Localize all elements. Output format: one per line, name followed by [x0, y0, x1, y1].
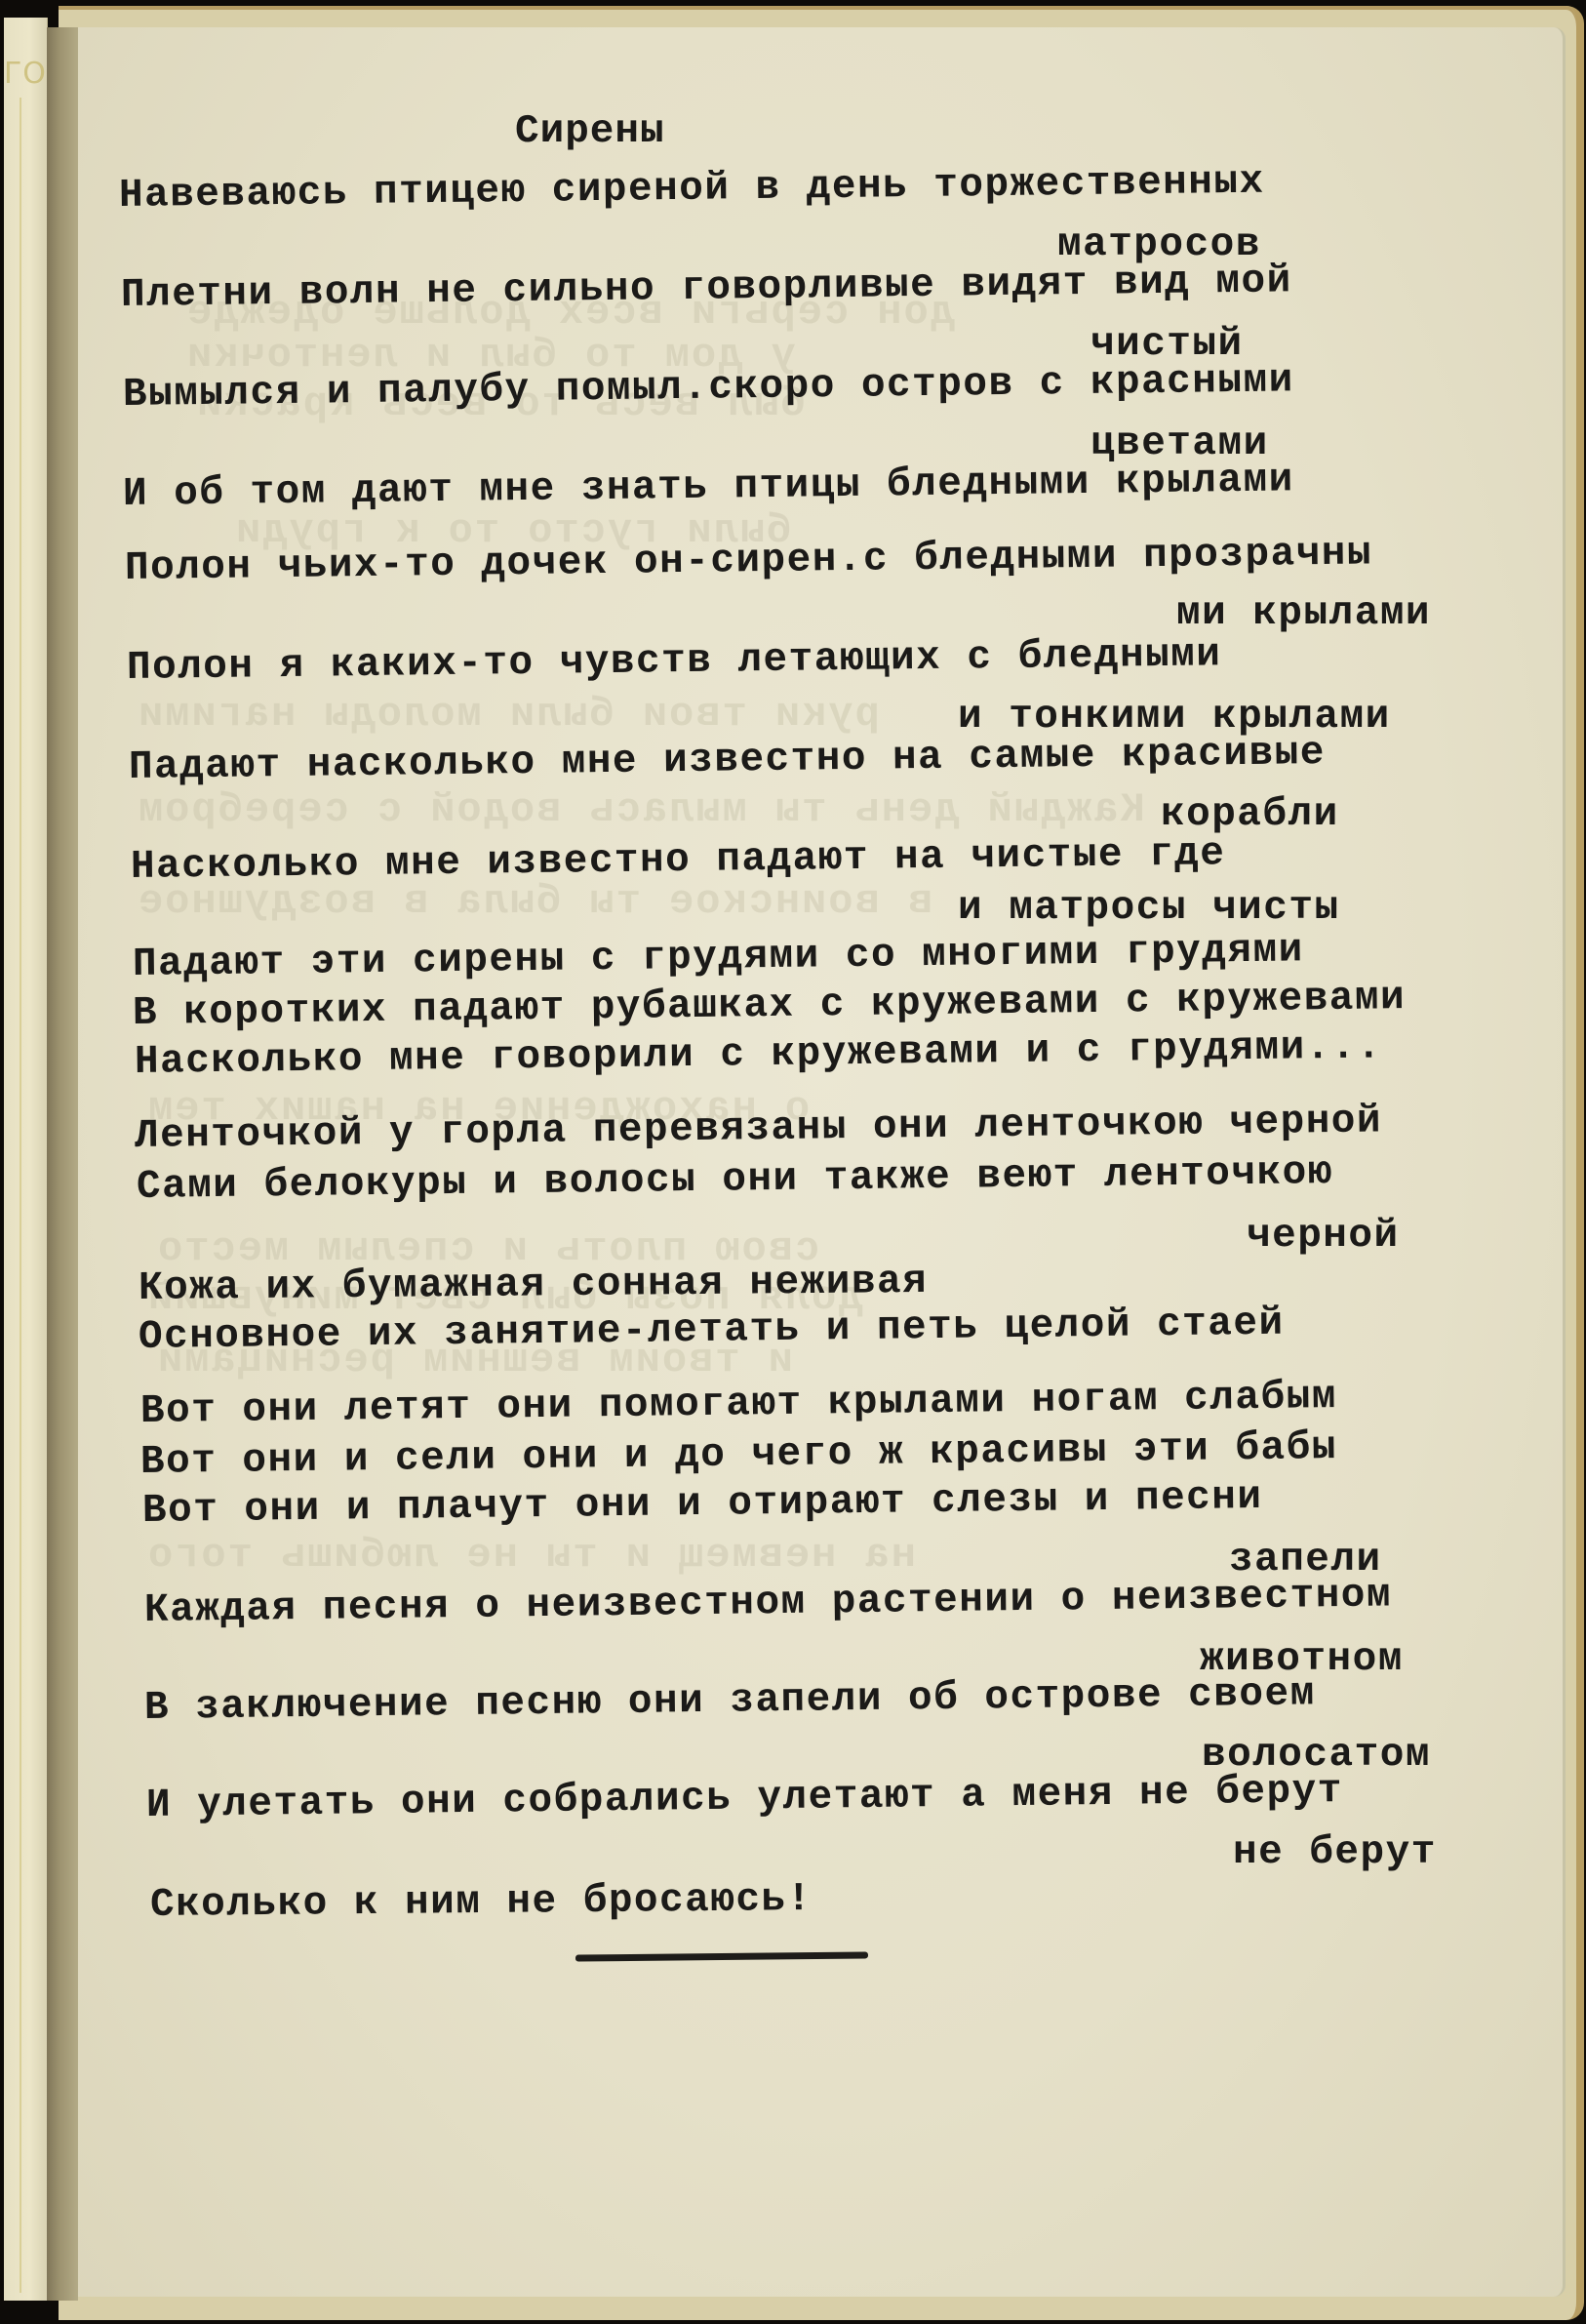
poem-line: черной [1247, 1214, 1400, 1259]
poem-line: и матросы чисты [958, 886, 1340, 931]
poem-line: ми крылами [1176, 591, 1431, 636]
show-through-line: на невмещ и ты не любишь того [146, 1532, 916, 1579]
book-spine [4, 18, 48, 2301]
binding-gutter [47, 27, 78, 2301]
spine-rule [20, 98, 21, 2293]
poem-line: корабли [1161, 792, 1339, 837]
document-scan: ГО дон серьги всех дольше одеждеу дом то… [0, 0, 1586, 2324]
show-through-line: Каждый день ты мылась водой с серебром [137, 786, 1145, 833]
show-through-line: руки твои были молоды нагими [137, 691, 880, 738]
poem-title: Сирены [515, 109, 665, 154]
poem-line: Кожа их бумажная сонная неживая [139, 1260, 929, 1311]
poem-line: Сколько к ним не бросаюсь! [150, 1877, 813, 1928]
spine-label: ГО [4, 57, 47, 91]
poem-line: не берут [1233, 1830, 1437, 1875]
